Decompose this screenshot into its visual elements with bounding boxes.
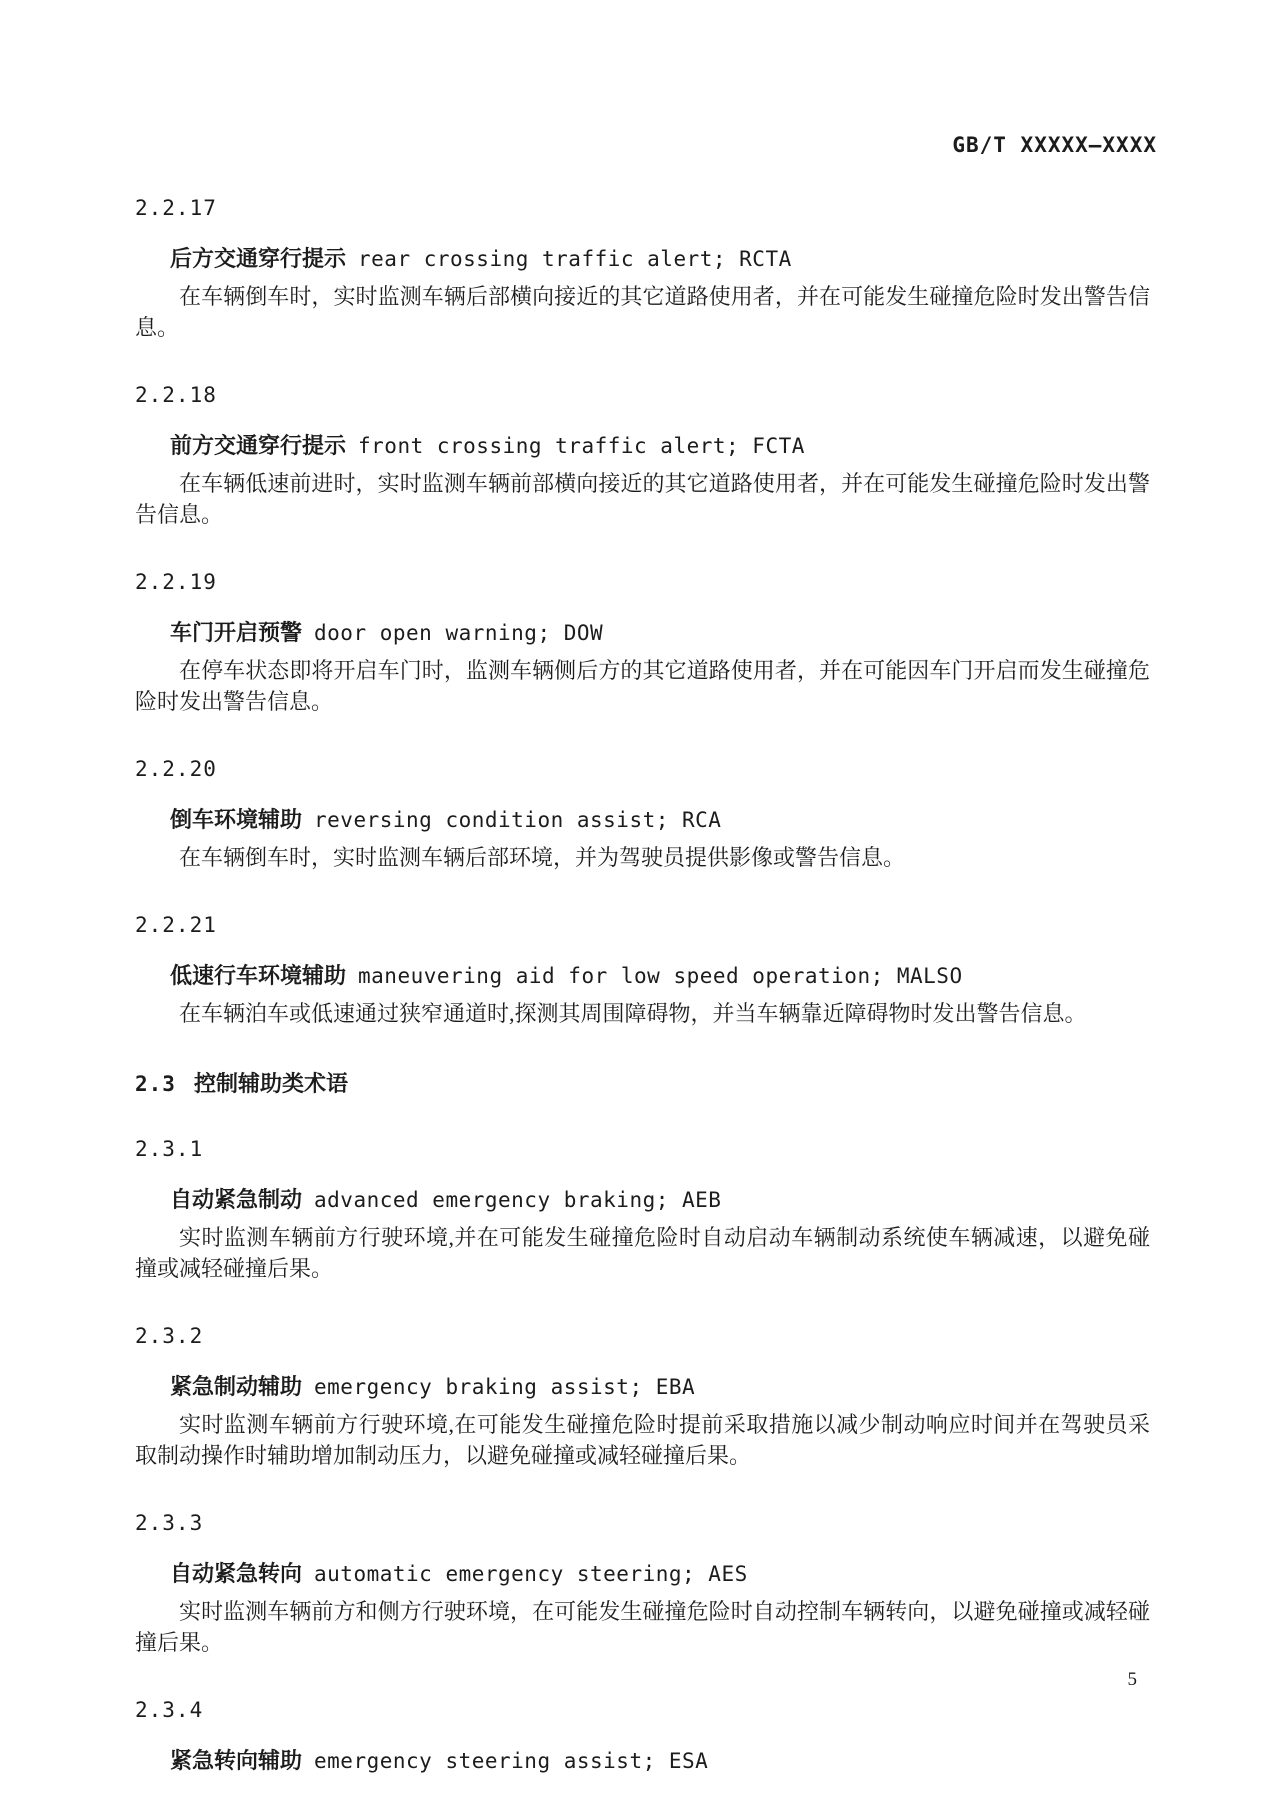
term-line: 自动紧急转向automatic emergency steering; AES bbox=[135, 1561, 1150, 1590]
term-line: 紧急转向辅助emergency steering assist; ESA bbox=[135, 1748, 1150, 1777]
term-definition: 在车辆低速前进时，实时监测车辆前部横向接近的其它道路使用者，并在可能发生碰撞危险… bbox=[135, 468, 1150, 530]
section-number: 2.2.19 bbox=[135, 570, 1150, 594]
term-section: 2.3.1 自动紧急制动advanced emergency braking; … bbox=[135, 1137, 1150, 1284]
term-section: 2.3.4 紧急转向辅助emergency steering assist; E… bbox=[135, 1698, 1150, 1777]
term-chinese: 紧急转向辅助 bbox=[170, 1748, 302, 1773]
section-number: 2.2.21 bbox=[135, 913, 1150, 937]
term-english: reversing condition assist; RCA bbox=[314, 808, 721, 832]
section-number: 2.3.3 bbox=[135, 1511, 1150, 1535]
term-section: 2.2.20 倒车环境辅助reversing condition assist;… bbox=[135, 757, 1150, 873]
term-definition: 实时监测车辆前方和侧方行驶环境，在可能发生碰撞危险时自动控制车辆转向，以避免碰撞… bbox=[135, 1596, 1150, 1658]
term-english: advanced emergency braking; AEB bbox=[314, 1188, 721, 1212]
term-english: automatic emergency steering; AES bbox=[314, 1562, 748, 1586]
term-section: 2.2.21 低速行车环境辅助maneuvering aid for low s… bbox=[135, 913, 1150, 1029]
section-number: 2.3.2 bbox=[135, 1324, 1150, 1348]
term-english: emergency steering assist; ESA bbox=[314, 1749, 708, 1773]
term-english: front crossing traffic alert; FCTA bbox=[358, 434, 805, 458]
term-line: 车门开启预警door open warning; DOW bbox=[135, 620, 1150, 649]
subsection-heading: 2.3控制辅助类术语 bbox=[135, 1071, 1150, 1097]
section-number: 2.3.4 bbox=[135, 1698, 1150, 1722]
term-definition: 在车辆泊车或低速通过狭窄通道时,探测其周围障碍物，并当车辆靠近障碍物时发出警告信… bbox=[135, 998, 1150, 1029]
term-chinese: 后方交通穿行提示 bbox=[170, 246, 346, 271]
term-section: 2.2.18 前方交通穿行提示front crossing traffic al… bbox=[135, 383, 1150, 530]
term-definition: 实时监测车辆前方行驶环境,在可能发生碰撞危险时提前采取措施以减少制动响应时间并在… bbox=[135, 1409, 1150, 1471]
term-line: 紧急制动辅助emergency braking assist; EBA bbox=[135, 1374, 1150, 1403]
section-number: 2.2.17 bbox=[135, 196, 1150, 220]
section-number: 2.2.20 bbox=[135, 757, 1150, 781]
term-chinese: 车门开启预警 bbox=[170, 620, 302, 645]
document-page: GB/T XXXXX—XXXX 2.2.17 后方交通穿行提示rear cros… bbox=[0, 0, 1280, 1809]
term-definition: 在车辆倒车时，实时监测车辆后部环境，并为驾驶员提供影像或警告信息。 bbox=[135, 842, 1150, 873]
term-line: 低速行车环境辅助maneuvering aid for low speed op… bbox=[135, 963, 1150, 992]
term-section: 2.2.17 后方交通穿行提示rear crossing traffic ale… bbox=[135, 196, 1150, 343]
section-number: 2.3.1 bbox=[135, 1137, 1150, 1161]
term-definition: 在停车状态即将开启车门时，监测车辆侧后方的其它道路使用者，并在可能因车门开启而发… bbox=[135, 655, 1150, 717]
term-english: maneuvering aid for low speed operation;… bbox=[358, 964, 963, 988]
term-english: door open warning; DOW bbox=[314, 621, 603, 645]
document-content: 2.2.17 后方交通穿行提示rear crossing traffic ale… bbox=[135, 196, 1150, 1777]
term-section: 2.2.19 车门开启预警door open warning; DOW 在停车状… bbox=[135, 570, 1150, 717]
term-chinese: 前方交通穿行提示 bbox=[170, 433, 346, 458]
term-line: 倒车环境辅助reversing condition assist; RCA bbox=[135, 807, 1150, 836]
term-definition: 实时监测车辆前方行驶环境,并在可能发生碰撞危险时自动启动车辆制动系统使车辆减速，… bbox=[135, 1222, 1150, 1284]
term-definition: 在车辆倒车时，实时监测车辆后部横向接近的其它道路使用者，并在可能发生碰撞危险时发… bbox=[135, 281, 1150, 343]
heading-title: 控制辅助类术语 bbox=[194, 1071, 348, 1096]
term-english: emergency braking assist; EBA bbox=[314, 1375, 695, 1399]
term-chinese: 自动紧急制动 bbox=[170, 1187, 302, 1212]
term-chinese: 倒车环境辅助 bbox=[170, 807, 302, 832]
term-line: 前方交通穿行提示front crossing traffic alert; FC… bbox=[135, 433, 1150, 462]
term-section: 2.3.3 自动紧急转向automatic emergency steering… bbox=[135, 1511, 1150, 1658]
term-section: 2.3.2 紧急制动辅助emergency braking assist; EB… bbox=[135, 1324, 1150, 1471]
document-header: GB/T XXXXX—XXXX bbox=[135, 134, 1157, 156]
term-chinese: 紧急制动辅助 bbox=[170, 1374, 302, 1399]
section-number: 2.2.18 bbox=[135, 383, 1150, 407]
page-number: 5 bbox=[1128, 1669, 1138, 1691]
heading-number: 2.3 bbox=[135, 1072, 176, 1096]
term-line: 自动紧急制动advanced emergency braking; AEB bbox=[135, 1187, 1150, 1216]
term-english: rear crossing traffic alert; RCTA bbox=[358, 247, 792, 271]
term-chinese: 自动紧急转向 bbox=[170, 1561, 302, 1586]
standard-number: GB/T XXXXX—XXXX bbox=[952, 133, 1157, 157]
term-line: 后方交通穿行提示rear crossing traffic alert; RCT… bbox=[135, 246, 1150, 275]
term-chinese: 低速行车环境辅助 bbox=[170, 963, 346, 988]
